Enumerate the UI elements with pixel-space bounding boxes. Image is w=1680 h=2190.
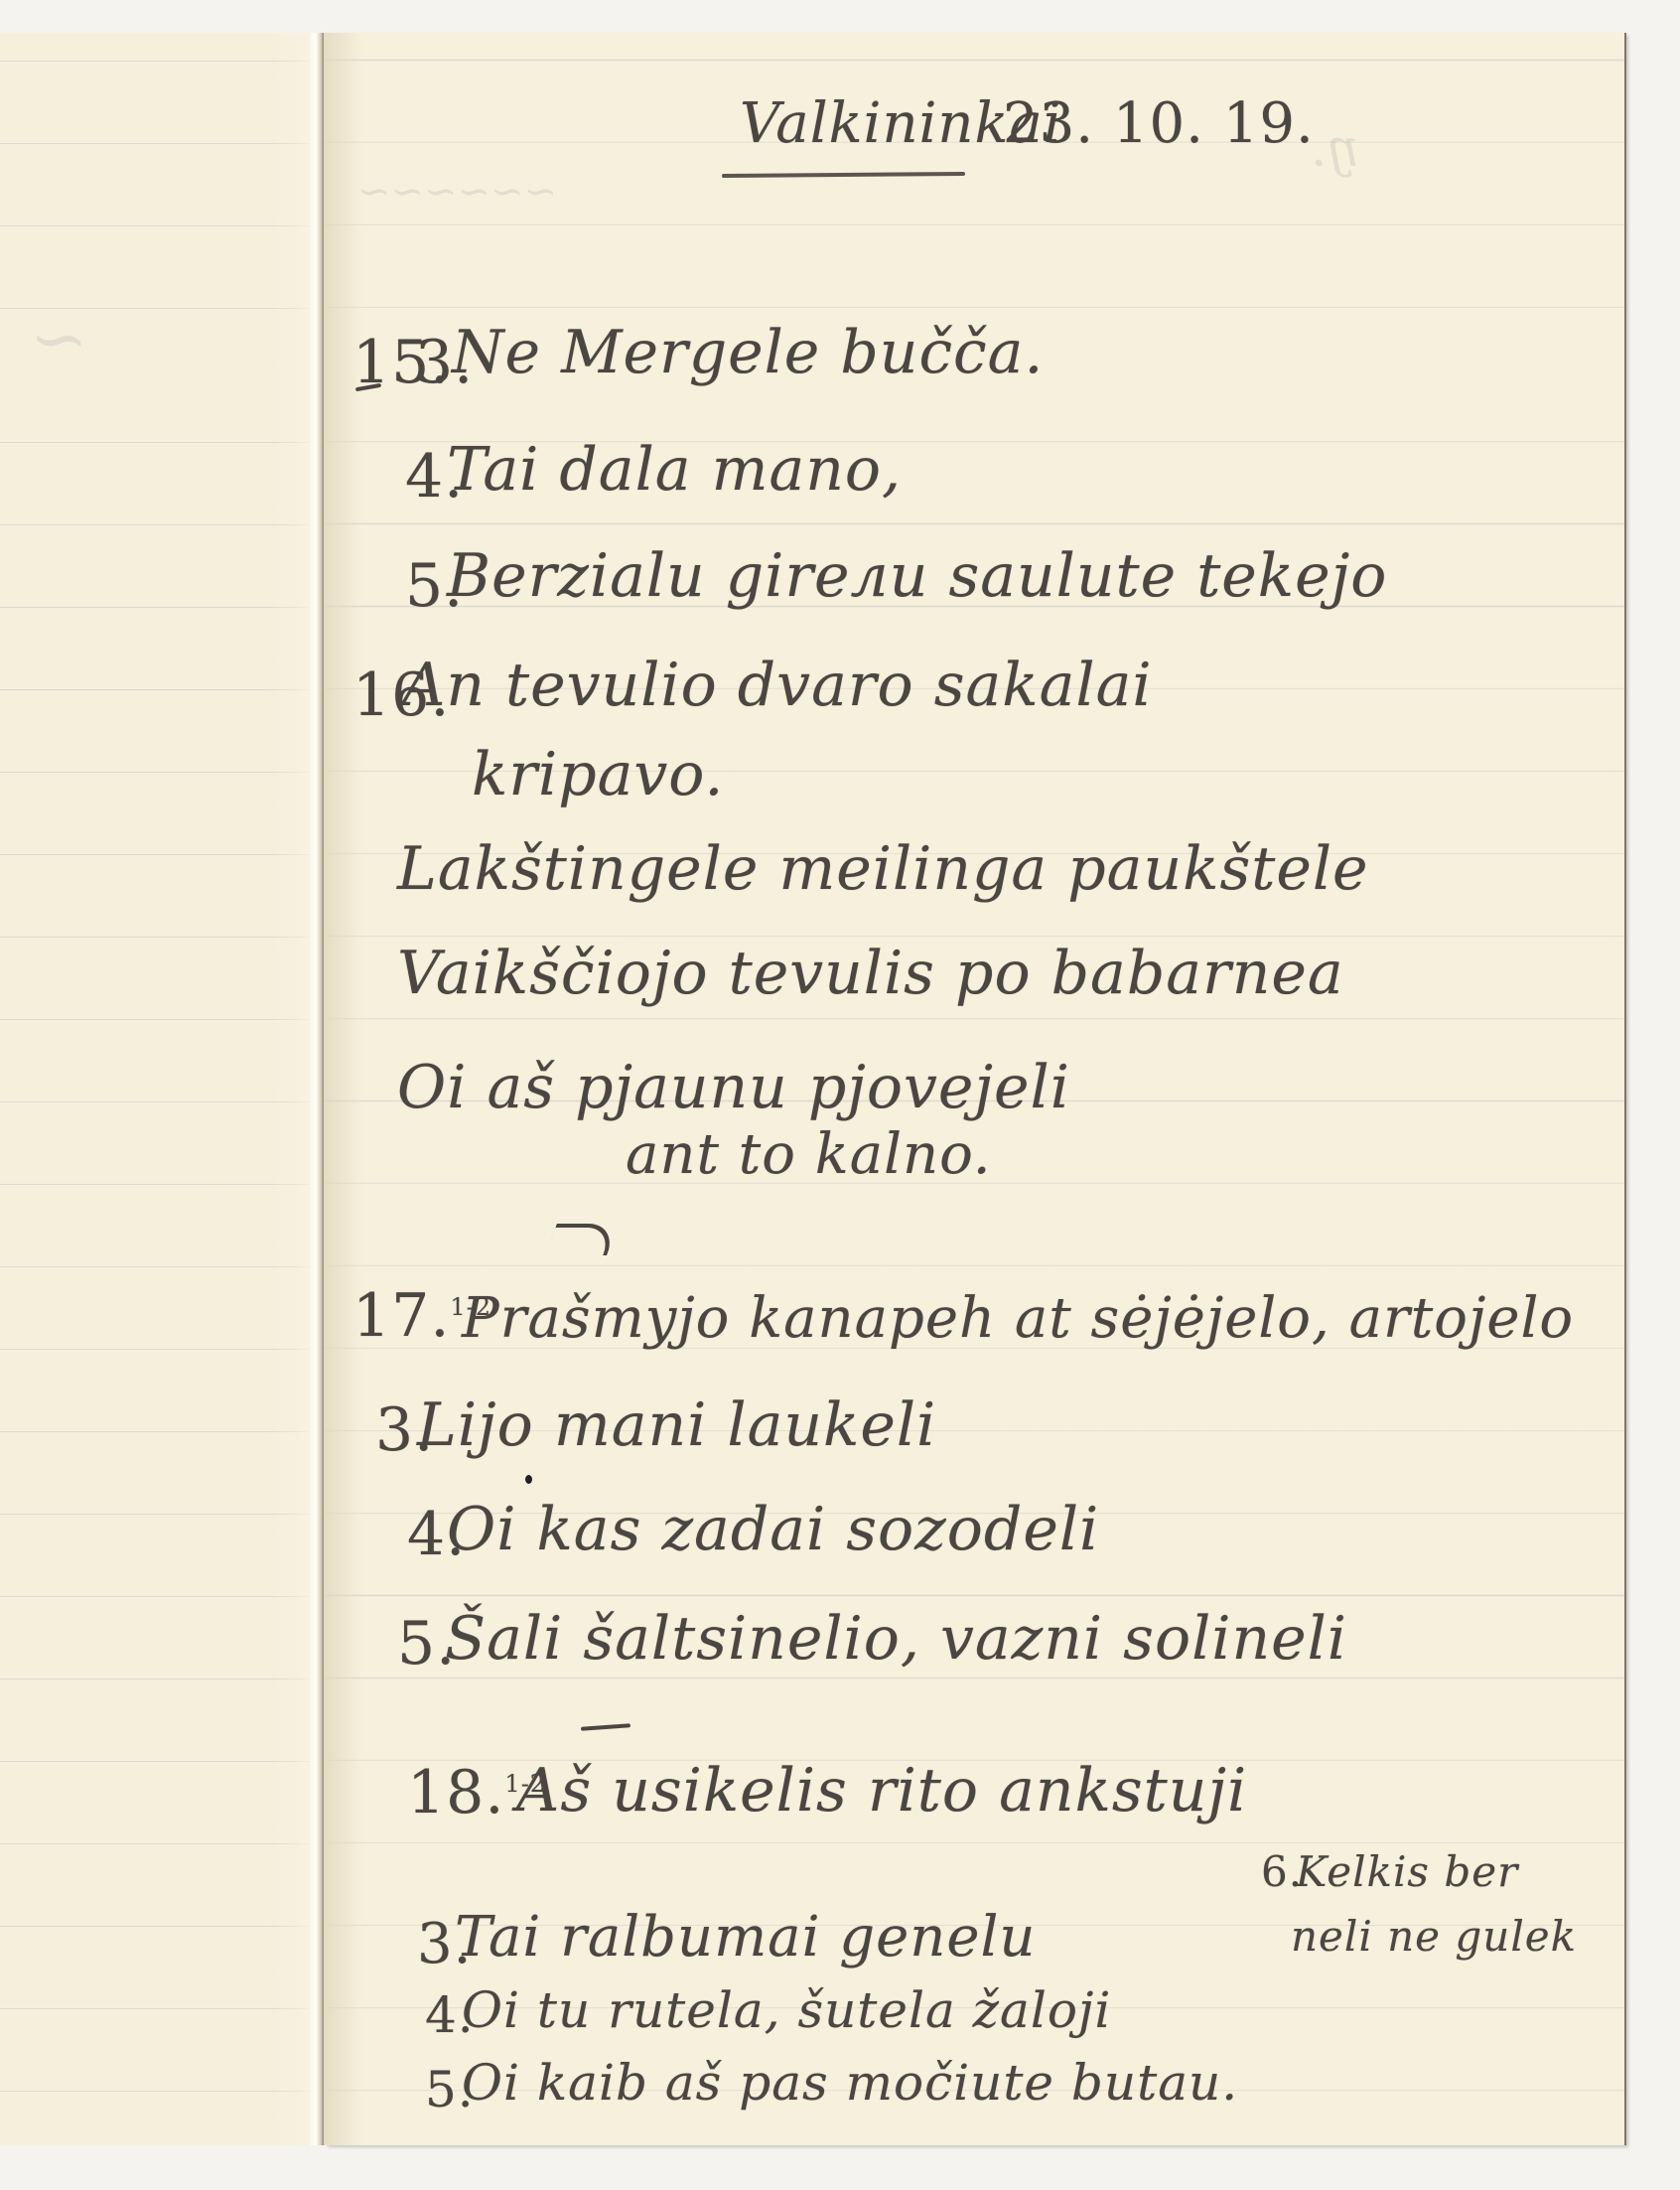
- song-line: Oi tu rutela, šutela žaloji: [462, 1981, 1111, 2039]
- entry-number-text: 17.: [352, 1281, 450, 1351]
- song-line-continuation: ant to kalno.: [626, 1122, 992, 1187]
- song-line: Aš usikelis rito ankstuji: [516, 1756, 1247, 1825]
- song-line: Lakštingele meilinga paukštele: [397, 834, 1369, 904]
- song-line-margin-note: Kelkis ber: [1296, 1847, 1518, 1896]
- song-line: Tai dala mano,: [447, 435, 902, 505]
- song-line: Ne Mergele bučča.: [452, 318, 1045, 387]
- song-line: Tai ralbumai genelu: [455, 1905, 1036, 1970]
- song-line-continuation: kripavo.: [472, 740, 724, 809]
- left-facing-page: [0, 33, 316, 2145]
- song-line: Oi aš pjaunu pjovejeli: [397, 1053, 1070, 1122]
- page-fold-gutter: [310, 33, 324, 2145]
- entry-number-text: 18.: [407, 1758, 504, 1827]
- header-date: 23. 10. 19.: [1003, 91, 1315, 156]
- song-line: Šali šaltsinelio, vazni solineli: [445, 1604, 1347, 1674]
- ink-dot: [525, 1475, 532, 1484]
- song-line: An tevulio dvaro sakalai: [402, 651, 1153, 720]
- song-line: Oi kaib aš pas močiute butau.: [462, 2054, 1238, 2112]
- song-line: Lijo mani laukeli: [417, 1390, 936, 1460]
- song-line: Berzialu girели saulute tekejo: [447, 541, 1387, 611]
- song-line: Vaikščiojo tevulis po babarnea: [397, 939, 1344, 1008]
- song-line-margin-note: neli ne gulek: [1291, 1912, 1577, 1961]
- song-line: Prašmyjo kanapeh at sėjėjelo, artojelo: [462, 1286, 1574, 1351]
- song-line: Oi kas zadai sozodeli: [447, 1495, 1099, 1564]
